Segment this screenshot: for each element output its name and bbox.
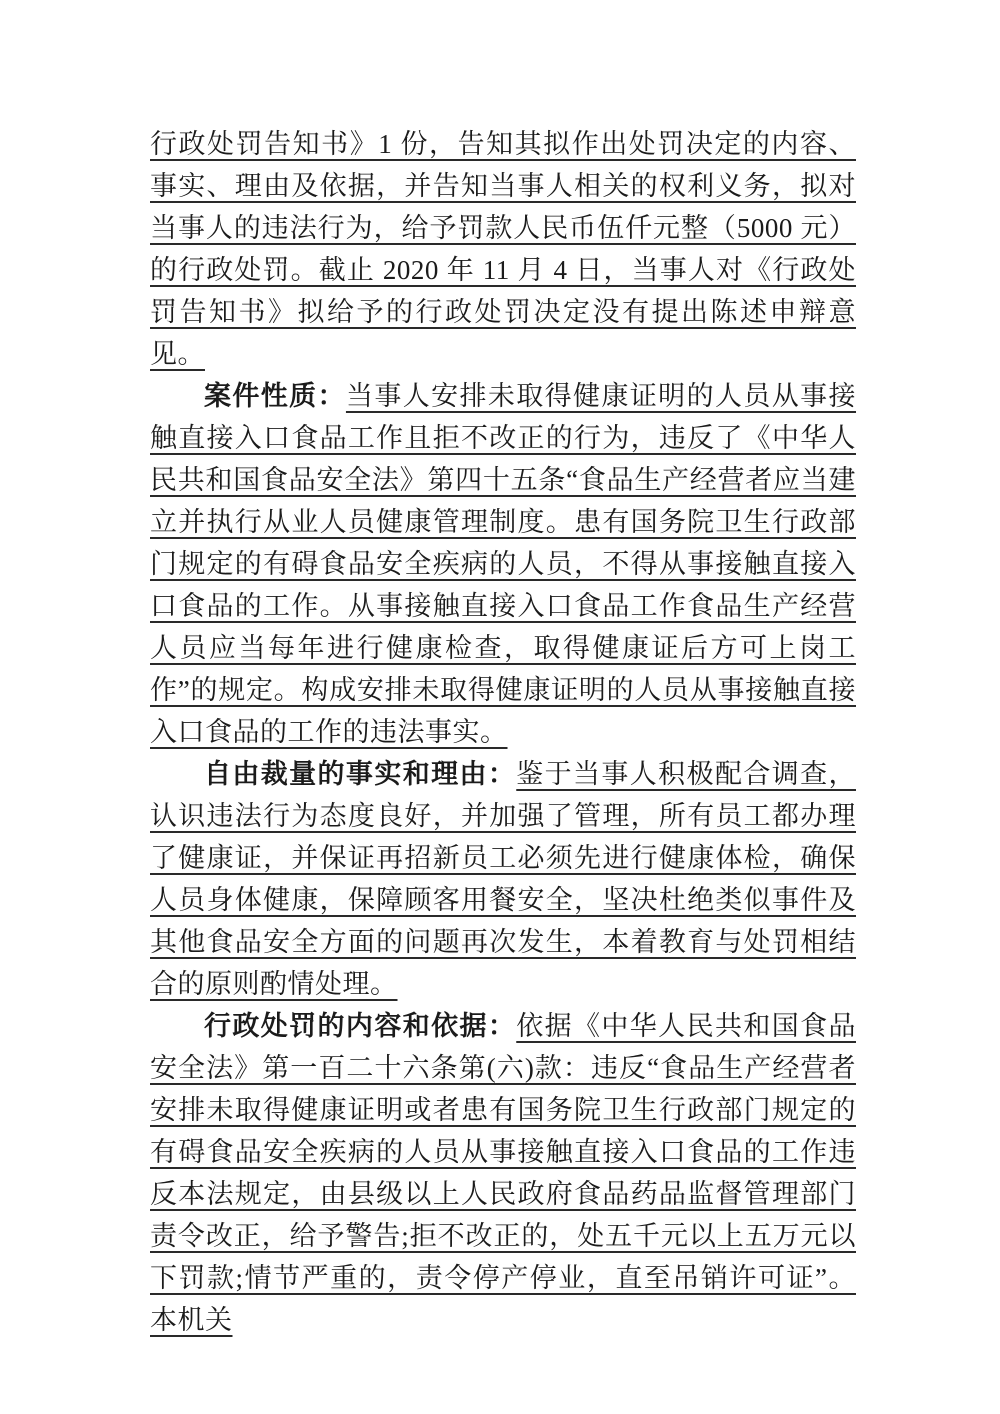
document-page: 行政处罚告知书》1 份，告知其拟作出处罚决定的内容、事实、理由及依据，并告知当事… xyxy=(0,0,1000,1414)
discretion-facts-heading: 自由裁量的事实和理由： xyxy=(204,759,516,789)
paragraph-penalty-content: 行政处罚的内容和依据：依据《中华人民共和国食品安全法》第一百二十六条第(六)款：… xyxy=(150,1005,856,1341)
paragraph-penalty-notice: 行政处罚告知书》1 份，告知其拟作出处罚决定的内容、事实、理由及依据，并告知当事… xyxy=(150,123,856,375)
case-nature-heading: 案件性质： xyxy=(204,381,346,411)
paragraph-case-nature: 案件性质：当事人安排未取得健康证明的人员从事接触直接入口食品工作且拒不改正的行为… xyxy=(150,375,856,753)
paragraph-text: 鉴于当事人积极配合调查，认识违法行为态度良好，并加强了管理，所有员工都办理了健康… xyxy=(150,759,856,999)
paragraph-text: 依据《中华人民共和国食品安全法》第一百二十六条第(六)款：违反“食品生产经营者安… xyxy=(150,1011,856,1335)
penalty-content-heading: 行政处罚的内容和依据： xyxy=(204,1011,516,1041)
paragraph-text: 当事人安排未取得健康证明的人员从事接触直接入口食品工作且拒不改正的行为，违反了《… xyxy=(150,381,856,747)
paragraph-discretion-facts: 自由裁量的事实和理由：鉴于当事人积极配合调查，认识违法行为态度良好，并加强了管理… xyxy=(150,753,856,1005)
paragraph-text: 行政处罚告知书》1 份，告知其拟作出处罚决定的内容、事实、理由及依据，并告知当事… xyxy=(150,129,856,369)
